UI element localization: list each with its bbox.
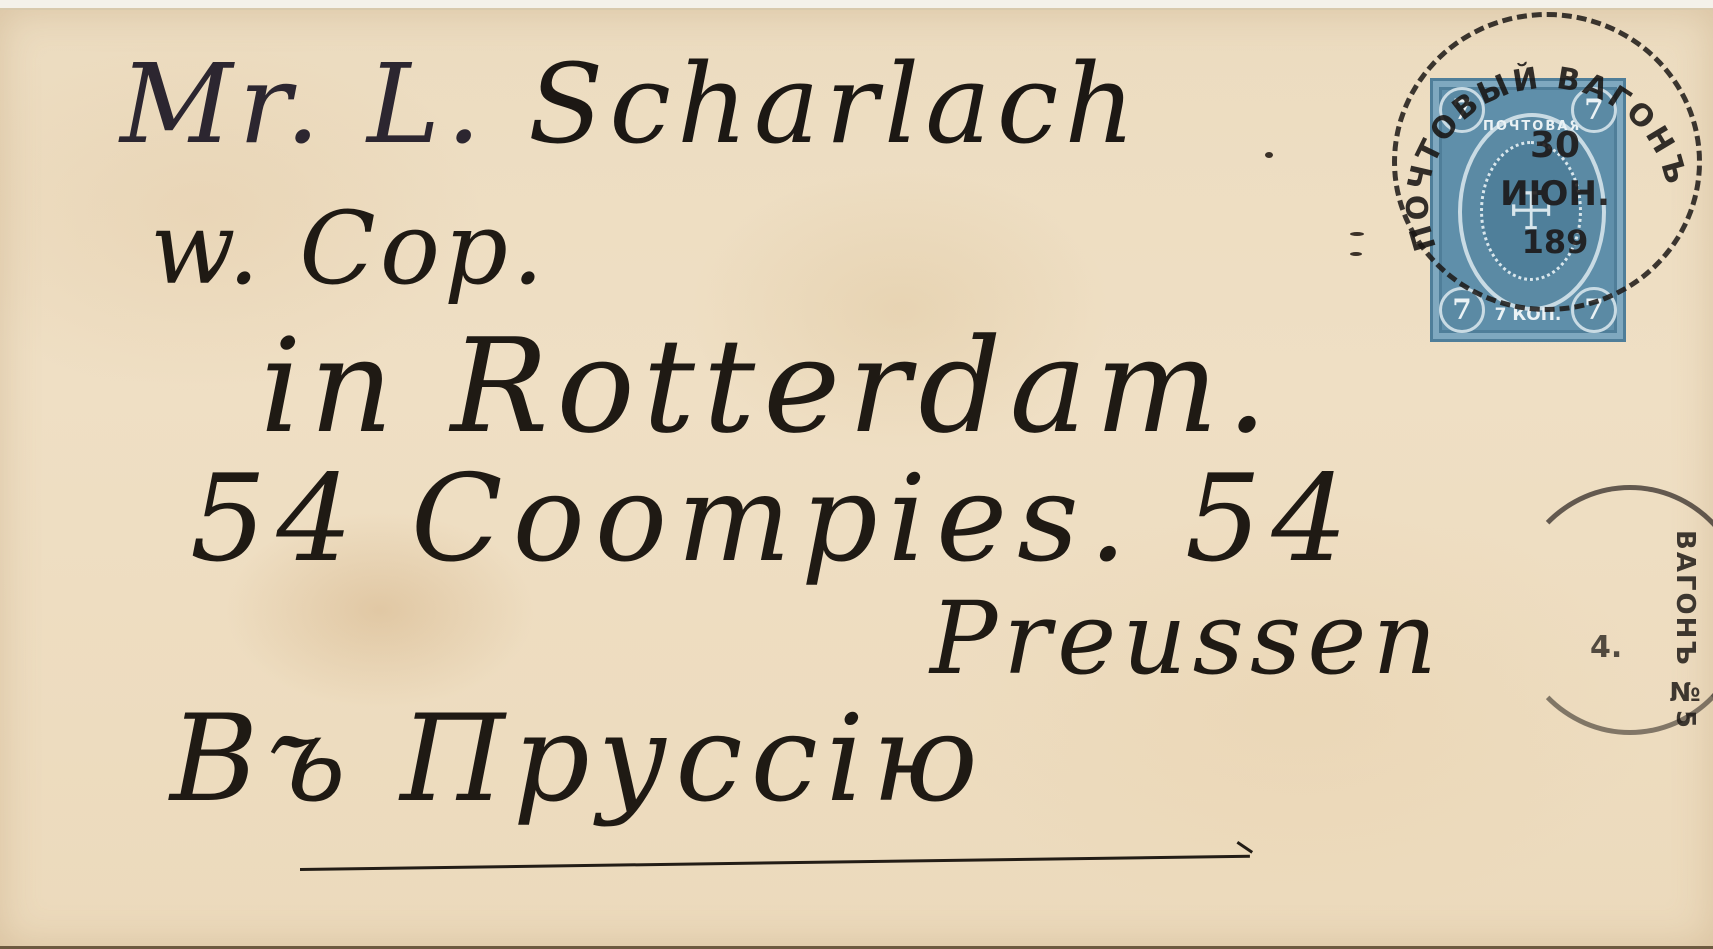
underline-arrow [300, 855, 1250, 871]
address-line-street: 54 Coompies. 54 [190, 450, 1358, 589]
address-line-city: in Rotterdam. [260, 310, 1276, 462]
ink-speck [1350, 252, 1362, 256]
ink-speck [1350, 232, 1364, 236]
postmark-day: 30 [1500, 122, 1610, 170]
address-line-recipient: Mr. L. Scharlach [120, 40, 1141, 168]
address-line-country: Preussen [930, 580, 1443, 697]
envelope: Mr. L. Scharlach w. Cop. in Rotterdam. 5… [0, 8, 1713, 949]
address-surname: Scharlach [528, 40, 1141, 168]
postmark-year: 189 [1500, 218, 1610, 266]
address-title: Mr. L. [120, 40, 487, 168]
ink-speck [1265, 152, 1273, 158]
address-line-company: w. Cop. [150, 190, 548, 307]
address-line-country-russian: Въ Пруссію [170, 690, 986, 829]
postmark-month: ИЮН. [1500, 170, 1610, 218]
postmark-secondary-text: ВАГОНЪ №5 [1640, 530, 1700, 730]
postmark-secondary-day: 4. [1590, 630, 1622, 665]
postmark-main-date: 30 ИЮН. 189 [1500, 122, 1610, 266]
